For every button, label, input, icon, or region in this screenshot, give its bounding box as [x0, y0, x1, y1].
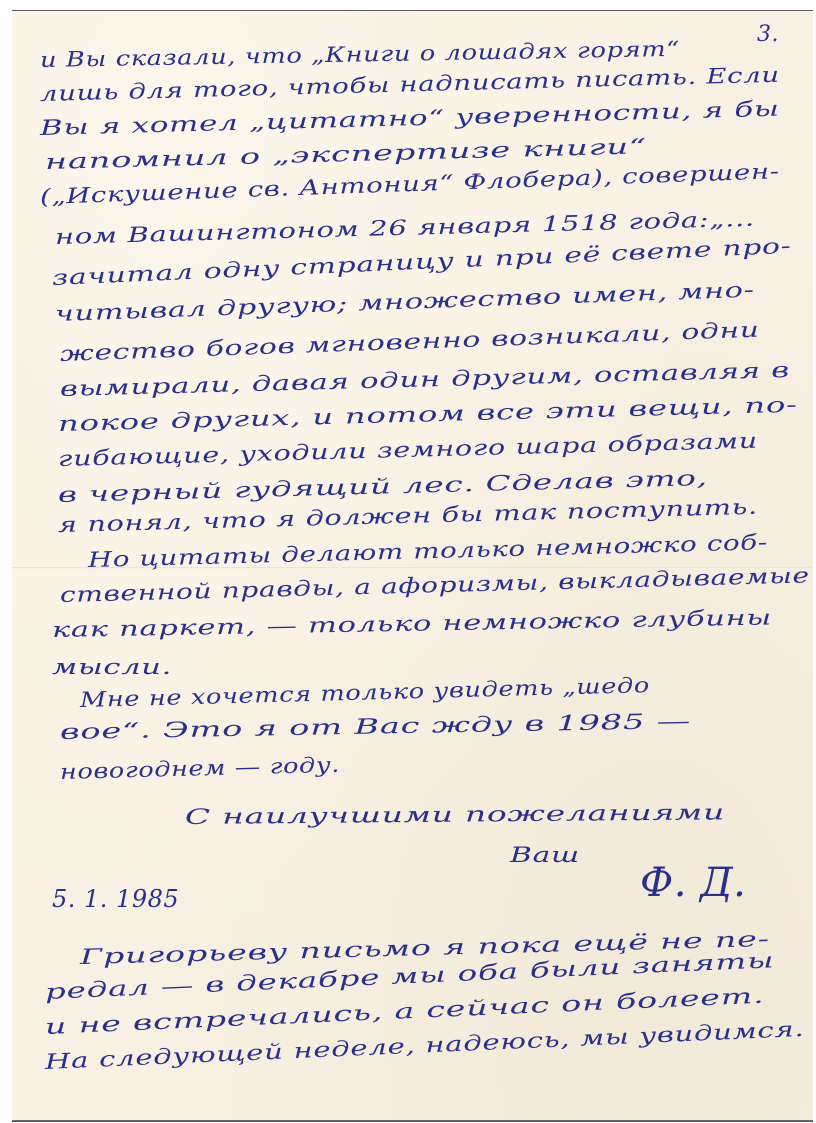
letter-date: 5. 1. 1985	[52, 885, 179, 913]
page-number: 3.	[757, 22, 779, 47]
letter-line: мысли.	[52, 655, 172, 679]
letter-line: Ваш	[510, 843, 580, 867]
signature: Ф. Д.	[640, 860, 746, 906]
letter-line: С наилучшими пожеланиями	[185, 800, 725, 829]
